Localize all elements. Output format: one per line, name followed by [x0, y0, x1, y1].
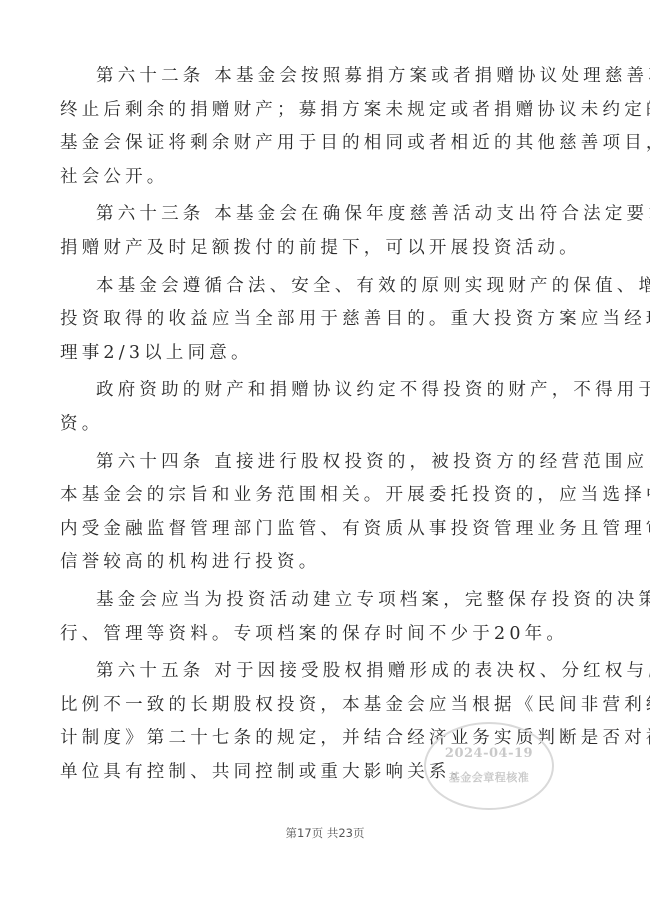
text-line: 政府资助的财产和捐赠协议约定不得投资的财产，不得用于投: [60, 374, 588, 408]
text-line: 资。: [60, 408, 588, 442]
text-line: 理事2/3以上同意。: [60, 337, 588, 371]
paragraph-government-funds: 政府资助的财产和捐赠协议约定不得投资的财产，不得用于投 资。: [60, 374, 588, 441]
text-line: 比例不一致的长期股权投资，本基金会应当根据《民间非营利组织会: [60, 689, 588, 723]
paragraph-article-62: 第六十二条 本基金会按照募捐方案或者捐赠协议处理慈善项目 终止后剩余的捐赠财产；…: [60, 60, 588, 194]
text-line: 第六十五条 对于因接受股权捐赠形成的表决权、分红权与股权: [60, 655, 588, 689]
text-line: 本基金会的宗旨和业务范围相关。开展委托投资的，应当选择中国境: [60, 479, 588, 513]
approval-stamp: 2024-04-19 基金会章程核准: [424, 722, 554, 810]
text-line: 第六十二条 本基金会按照募捐方案或者捐赠协议处理慈善项目: [60, 60, 588, 94]
text-line: 基金会应当为投资活动建立专项档案，完整保存投资的决策、执: [60, 584, 588, 618]
stamp-label: 基金会章程核准: [426, 769, 552, 785]
stamp-date: 2024-04-19: [426, 746, 552, 761]
text-line: 投资取得的收益应当全部用于慈善目的。重大投资方案应当经理事会: [60, 303, 588, 337]
text-line: 基金会保证将剩余财产用于目的相同或者相近的其他慈善项目，并向: [60, 127, 588, 161]
paragraph-investment-principles: 本基金会遵循合法、安全、有效的原则实现财产的保值、增值， 投资取得的收益应当全部…: [60, 270, 588, 371]
text-line: 第六十四条 直接进行股权投资的，被投资方的经营范围应当与: [60, 446, 588, 480]
text-line: 第六十三条 本基金会在确保年度慈善活动支出符合法定要求和: [60, 198, 588, 232]
document-body: 第六十二条 本基金会按照募捐方案或者捐赠协议处理慈善项目 终止后剩余的捐赠财产；…: [60, 60, 588, 789]
text-line: 信誉较高的机构进行投资。: [60, 546, 588, 580]
page-indicator: 第17页 共23页: [0, 825, 650, 841]
text-line: 终止后剩余的捐赠财产；募捐方案未规定或者捐赠协议未约定的，本: [60, 94, 588, 128]
text-line: 捐赠财产及时足额拨付的前提下，可以开展投资活动。: [60, 232, 588, 266]
text-line: 内受金融监督管理部门监管、有资质从事投资管理业务且管理审慎、: [60, 513, 588, 547]
paragraph-article-64: 第六十四条 直接进行股权投资的，被投资方的经营范围应当与 本基金会的宗旨和业务范…: [60, 446, 588, 580]
paragraph-article-63: 第六十三条 本基金会在确保年度慈善活动支出符合法定要求和 捐赠财产及时足额拨付的…: [60, 198, 588, 265]
text-line: 社会公开。: [60, 161, 588, 195]
paragraph-investment-archive: 基金会应当为投资活动建立专项档案，完整保存投资的决策、执 行、管理等资料。专项档…: [60, 584, 588, 651]
text-line: 行、管理等资料。专项档案的保存时间不少于20年。: [60, 618, 588, 652]
text-line: 本基金会遵循合法、安全、有效的原则实现财产的保值、增值，: [60, 270, 588, 304]
